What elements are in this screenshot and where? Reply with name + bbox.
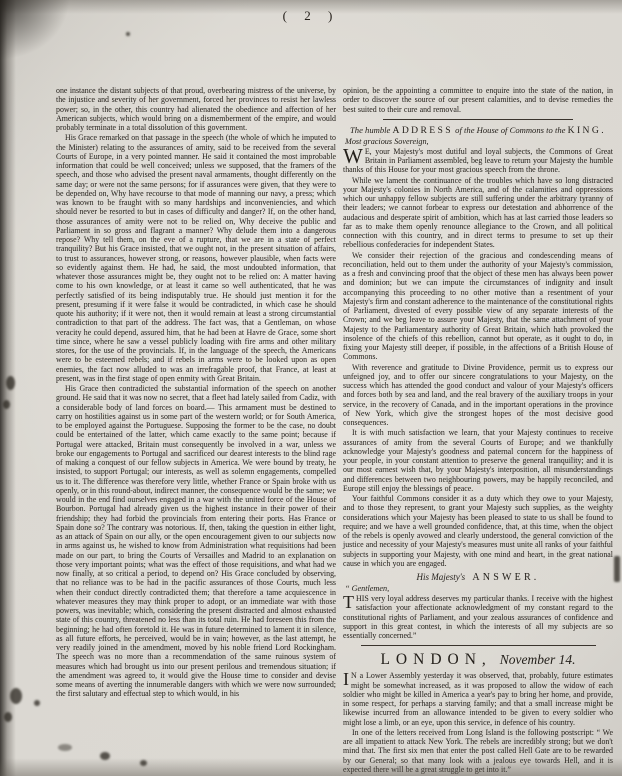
address-heading-main: ADDRESS [393, 125, 454, 136]
scan-noise-speck [126, 32, 130, 36]
drop-cap: W [343, 147, 365, 165]
address-heading-mid: of the House of Commons to the [455, 125, 565, 135]
newspaper-page: ( 2 ) one instance the distant subjects … [0, 0, 622, 776]
section-divider [361, 645, 596, 646]
paragraph: opinion, be the appointing a committee t… [343, 86, 613, 114]
right-column: opinion, be the appointing a committee t… [343, 86, 613, 775]
address-heading-pre: The humble [350, 125, 390, 135]
paragraph: His Grace then contradicted the substant… [56, 384, 336, 699]
paragraph-text: N a Lower Assembly yesterday it was obse… [343, 671, 613, 726]
london-heading-date: November 14. [500, 652, 576, 667]
paragraph-text: HIS very loyal address deserves my parti… [343, 594, 613, 640]
paragraph: THIS very loyal address deserves my part… [343, 594, 613, 640]
paragraph: Your faithful Commons consider it as a d… [343, 494, 613, 568]
text-columns: one instance the distant subjects of tha… [56, 86, 613, 775]
paragraph: one instance the distant subjects of tha… [56, 86, 336, 132]
answer-heading-pre: His Majesty's [416, 572, 465, 582]
answer-salutation: “ Gentlemen, [345, 584, 613, 593]
paragraph: His Grace remarked on that passage in th… [56, 133, 336, 383]
scan-noise-speck [6, 376, 15, 390]
scan-noise-speck [100, 752, 110, 760]
london-heading-city: LONDON, [380, 651, 491, 668]
address-heading-end: KING. [568, 125, 606, 136]
scan-noise-speck [140, 760, 147, 766]
scan-noise-speck [614, 556, 620, 582]
scan-noise-speck [10, 688, 22, 704]
answer-heading-main: ANSWER. [472, 572, 539, 583]
scan-noise-speck [58, 744, 72, 751]
london-heading: LONDON, November 14. [343, 651, 613, 669]
paragraph: It is with much satisfaction we learn, t… [343, 428, 613, 493]
address-heading: The humble ADDRESS of the House of Commo… [343, 125, 613, 136]
scan-corner-smudge [0, 0, 70, 60]
drop-cap: T [343, 594, 356, 610]
left-column: one instance the distant subjects of tha… [56, 86, 336, 775]
paragraph: While we lament the continuance of the t… [343, 176, 613, 250]
scan-noise-speck [34, 700, 40, 706]
address-salutation: Most gracious Sovereign, [345, 137, 613, 146]
scan-edge-shadow-bottom [0, 758, 622, 776]
section-divider [383, 119, 573, 120]
scan-edge-shadow-top [0, 0, 622, 14]
scan-noise-speck [3, 400, 10, 409]
paragraph-text: E, your Majesty's most dutiful and loyal… [343, 147, 613, 175]
answer-heading: His Majesty's ANSWER. [343, 572, 613, 583]
paragraph: WE, your Majesty's most dutiful and loya… [343, 147, 613, 175]
paragraph: IN a Lower Assembly yesterday it was obs… [343, 671, 613, 727]
paragraph: With reverence and gratitude to Divine P… [343, 363, 613, 428]
paragraph: We consider their rejection of the graci… [343, 251, 613, 362]
drop-cap: I [343, 671, 351, 687]
scan-noise-speck [4, 712, 12, 722]
